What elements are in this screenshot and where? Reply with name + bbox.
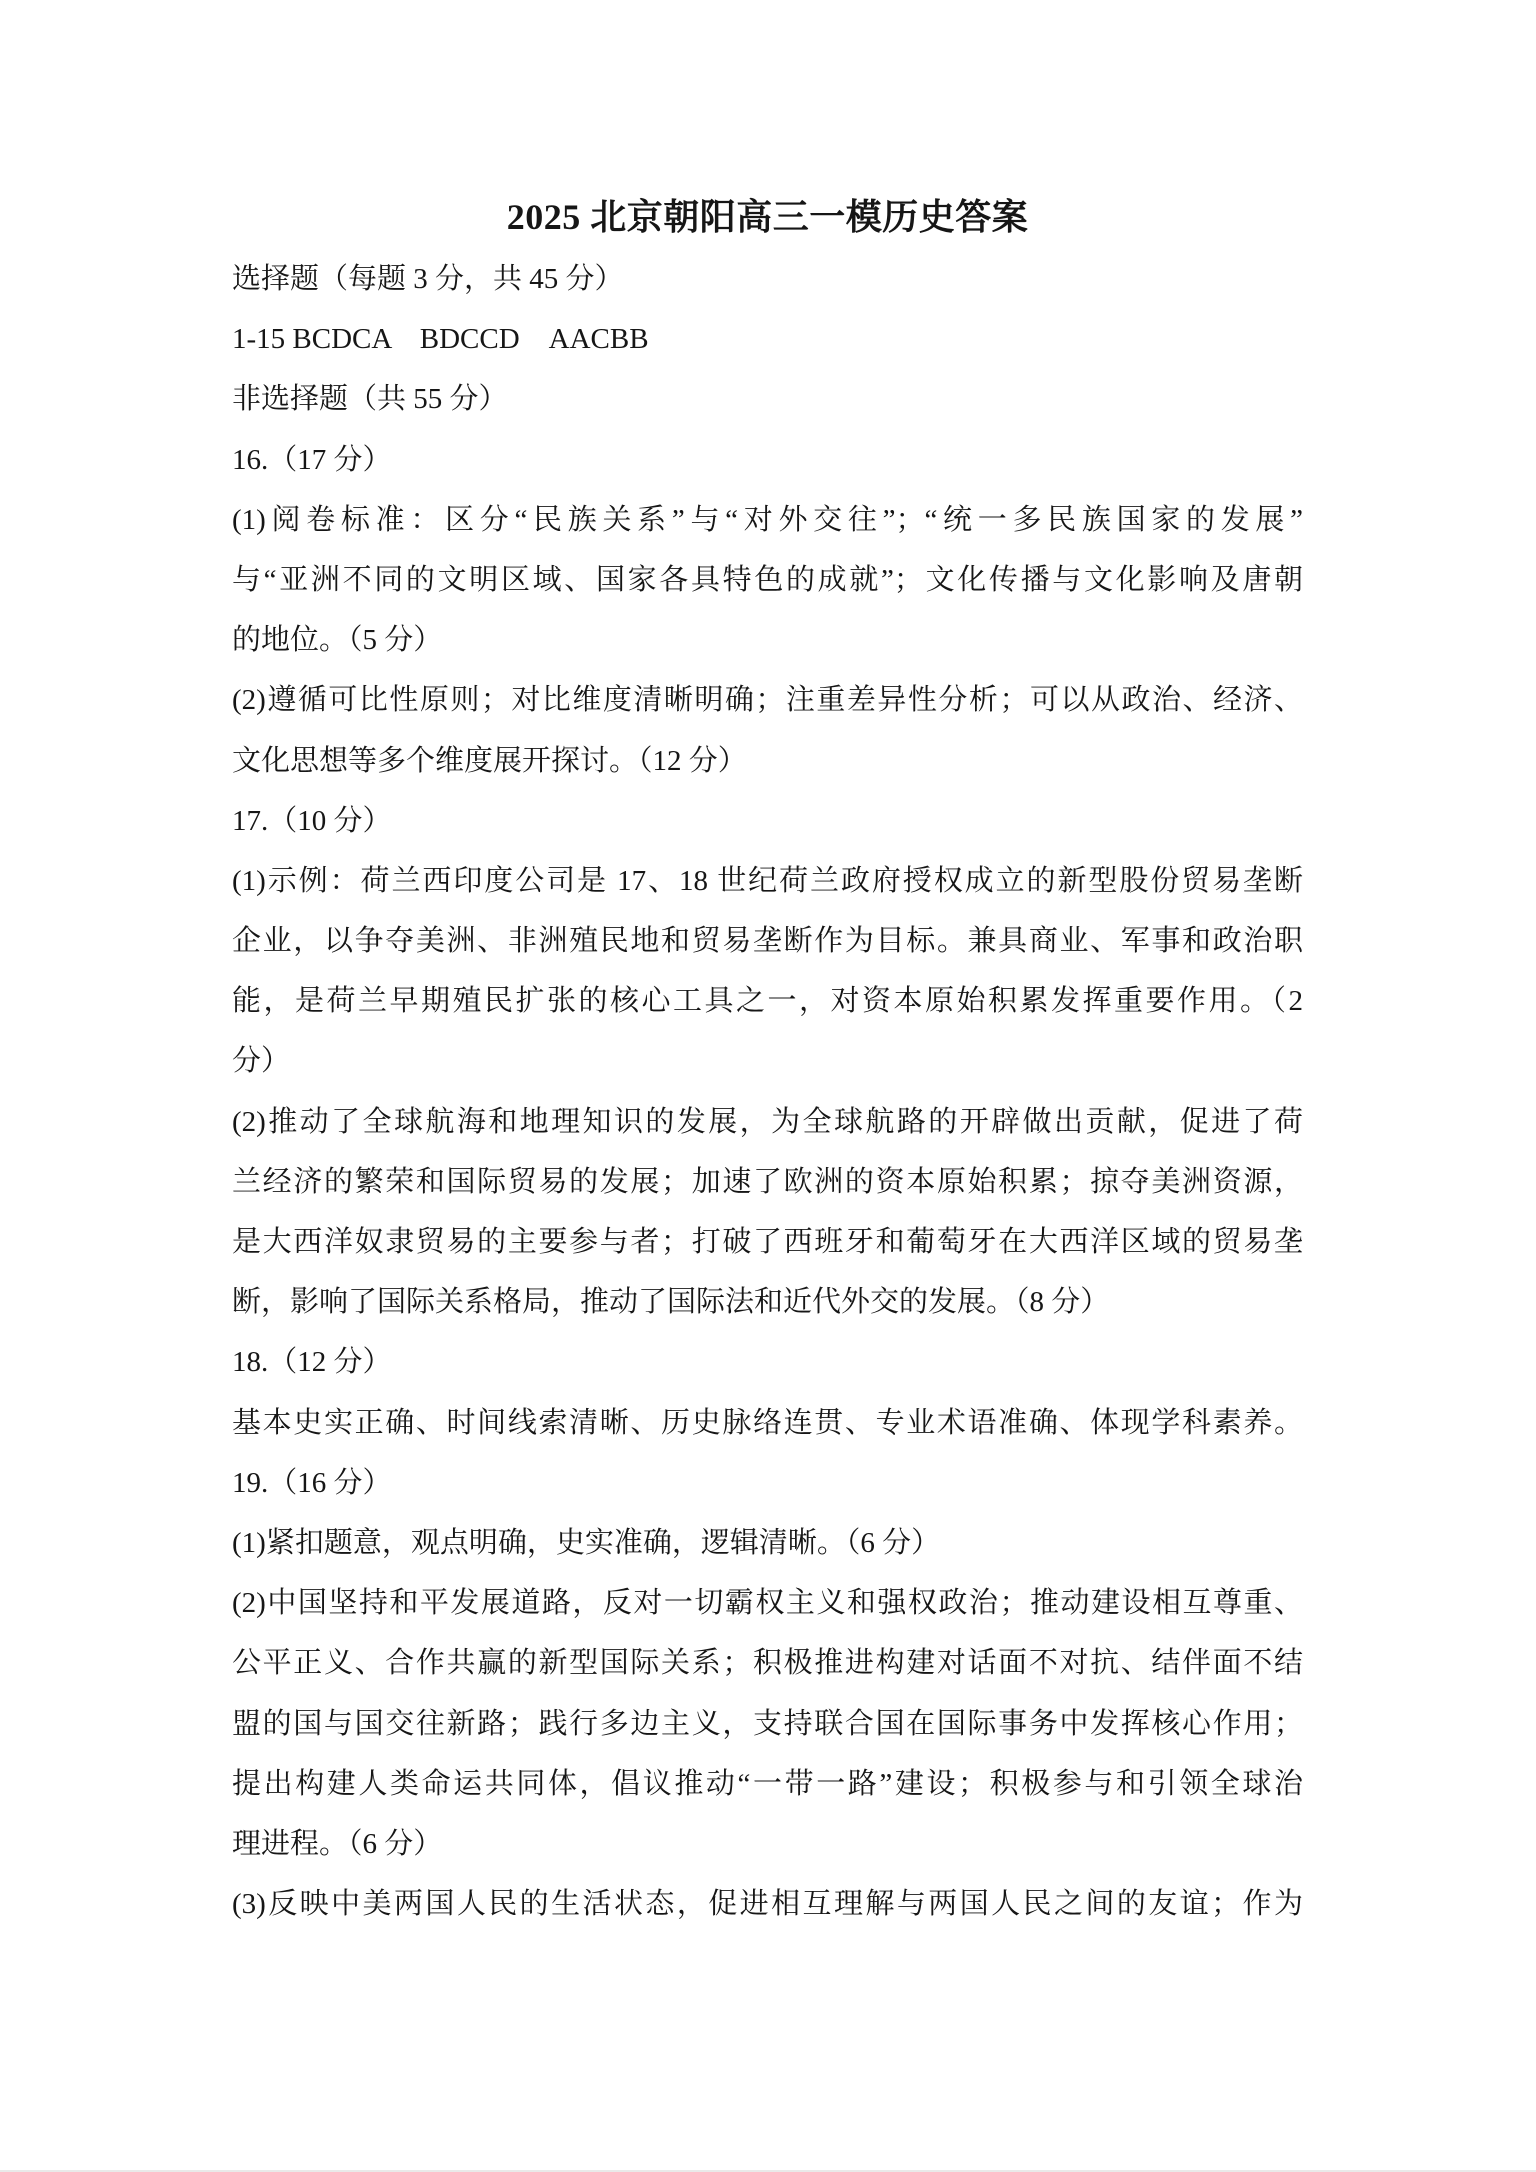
text-line: 是大西洋奴隶贸易的主要参与者；打破了西班牙和葡萄牙在大西洋区域的贸易垄 — [232, 1212, 1303, 1272]
text-line: 17.（10 分） — [232, 791, 1303, 851]
text-line: (1)示例：荷兰西印度公司是 17、18 世纪荷兰政府授权成立的新型股份贸易垄断 — [232, 851, 1303, 911]
text-line: (3)反映中美两国人民的生活状态，促进相互理解与两国人民之间的友谊；作为 — [232, 1874, 1303, 1934]
document-page: 2025 北京朝阳高三一模历史答案 选择题（每题 3 分，共 45 分）1-15… — [0, 0, 1536, 2172]
text-line: 基本史实正确、时间线索清晰、历史脉络连贯、专业术语准确、体现学科素养。 — [232, 1393, 1303, 1453]
text-line: 理进程。（6 分） — [232, 1814, 1303, 1874]
text-line: 兰经济的繁荣和国际贸易的发展；加速了欧洲的资本原始积累；掠夺美洲资源， — [232, 1152, 1303, 1212]
text-line: 的地位。（5 分） — [232, 610, 1303, 670]
answer-text: 选择题（每题 3 分，共 45 分）1-15 BCDCA BDCCD AACBB… — [232, 249, 1303, 1934]
text-line: 19.（16 分） — [232, 1453, 1303, 1513]
text-line: (2)遵循可比性原则；对比维度清晰明确；注重差异性分析；可以从政治、经济、 — [232, 670, 1303, 730]
text-line: 18.（12 分） — [232, 1332, 1303, 1392]
text-line: 能，是荷兰早期殖民扩张的核心工具之一，对资本原始积累发挥重要作用。（2 — [232, 971, 1303, 1031]
text-line: 公平正义、合作共赢的新型国际关系；积极推进构建对话面不对抗、结伴面不结 — [232, 1633, 1303, 1693]
text-line: 文化思想等多个维度展开探讨。（12 分） — [232, 731, 1303, 791]
text-line: 16.（17 分） — [232, 430, 1303, 490]
text-line: (1)紧扣题意，观点明确，史实准确，逻辑清晰。（6 分） — [232, 1513, 1303, 1573]
text-line: 1-15 BCDCA BDCCD AACBB — [232, 309, 1303, 369]
text-line: (1)阅卷标准：区分“民族关系”与“对外交往”；“统一多民族国家的发展” — [232, 490, 1303, 550]
text-line: (2)中国坚持和平发展道路，反对一切霸权主义和强权政治；推动建设相互尊重、 — [232, 1573, 1303, 1633]
text-line: 提出构建人类命运共同体，倡议推动“一带一路”建设；积极参与和引领全球治 — [232, 1754, 1303, 1814]
document-title: 2025 北京朝阳高三一模历史答案 — [232, 185, 1303, 249]
text-line: 断，影响了国际关系格局，推动了国际法和近代外交的发展。（8 分） — [232, 1272, 1303, 1332]
text-line: 与“亚洲不同的文明区域、国家各具特色的成就”；文化传播与文化影响及唐朝 — [232, 550, 1303, 610]
text-line: 盟的国与国交往新路；践行多边主义，支持联合国在国际事务中发挥核心作用； — [232, 1694, 1303, 1754]
text-line: 非选择题（共 55 分） — [232, 369, 1303, 429]
text-line: (2)推动了全球航海和地理知识的发展，为全球航路的开辟做出贡献，促进了荷 — [232, 1092, 1303, 1152]
text-line: 选择题（每题 3 分，共 45 分） — [232, 249, 1303, 309]
text-line: 企业，以争夺美洲、非洲殖民地和贸易垄断作为目标。兼具商业、军事和政治职 — [232, 911, 1303, 971]
text-line: 分） — [232, 1031, 1303, 1091]
document-body: 2025 北京朝阳高三一模历史答案 选择题（每题 3 分，共 45 分）1-15… — [232, 185, 1303, 1934]
